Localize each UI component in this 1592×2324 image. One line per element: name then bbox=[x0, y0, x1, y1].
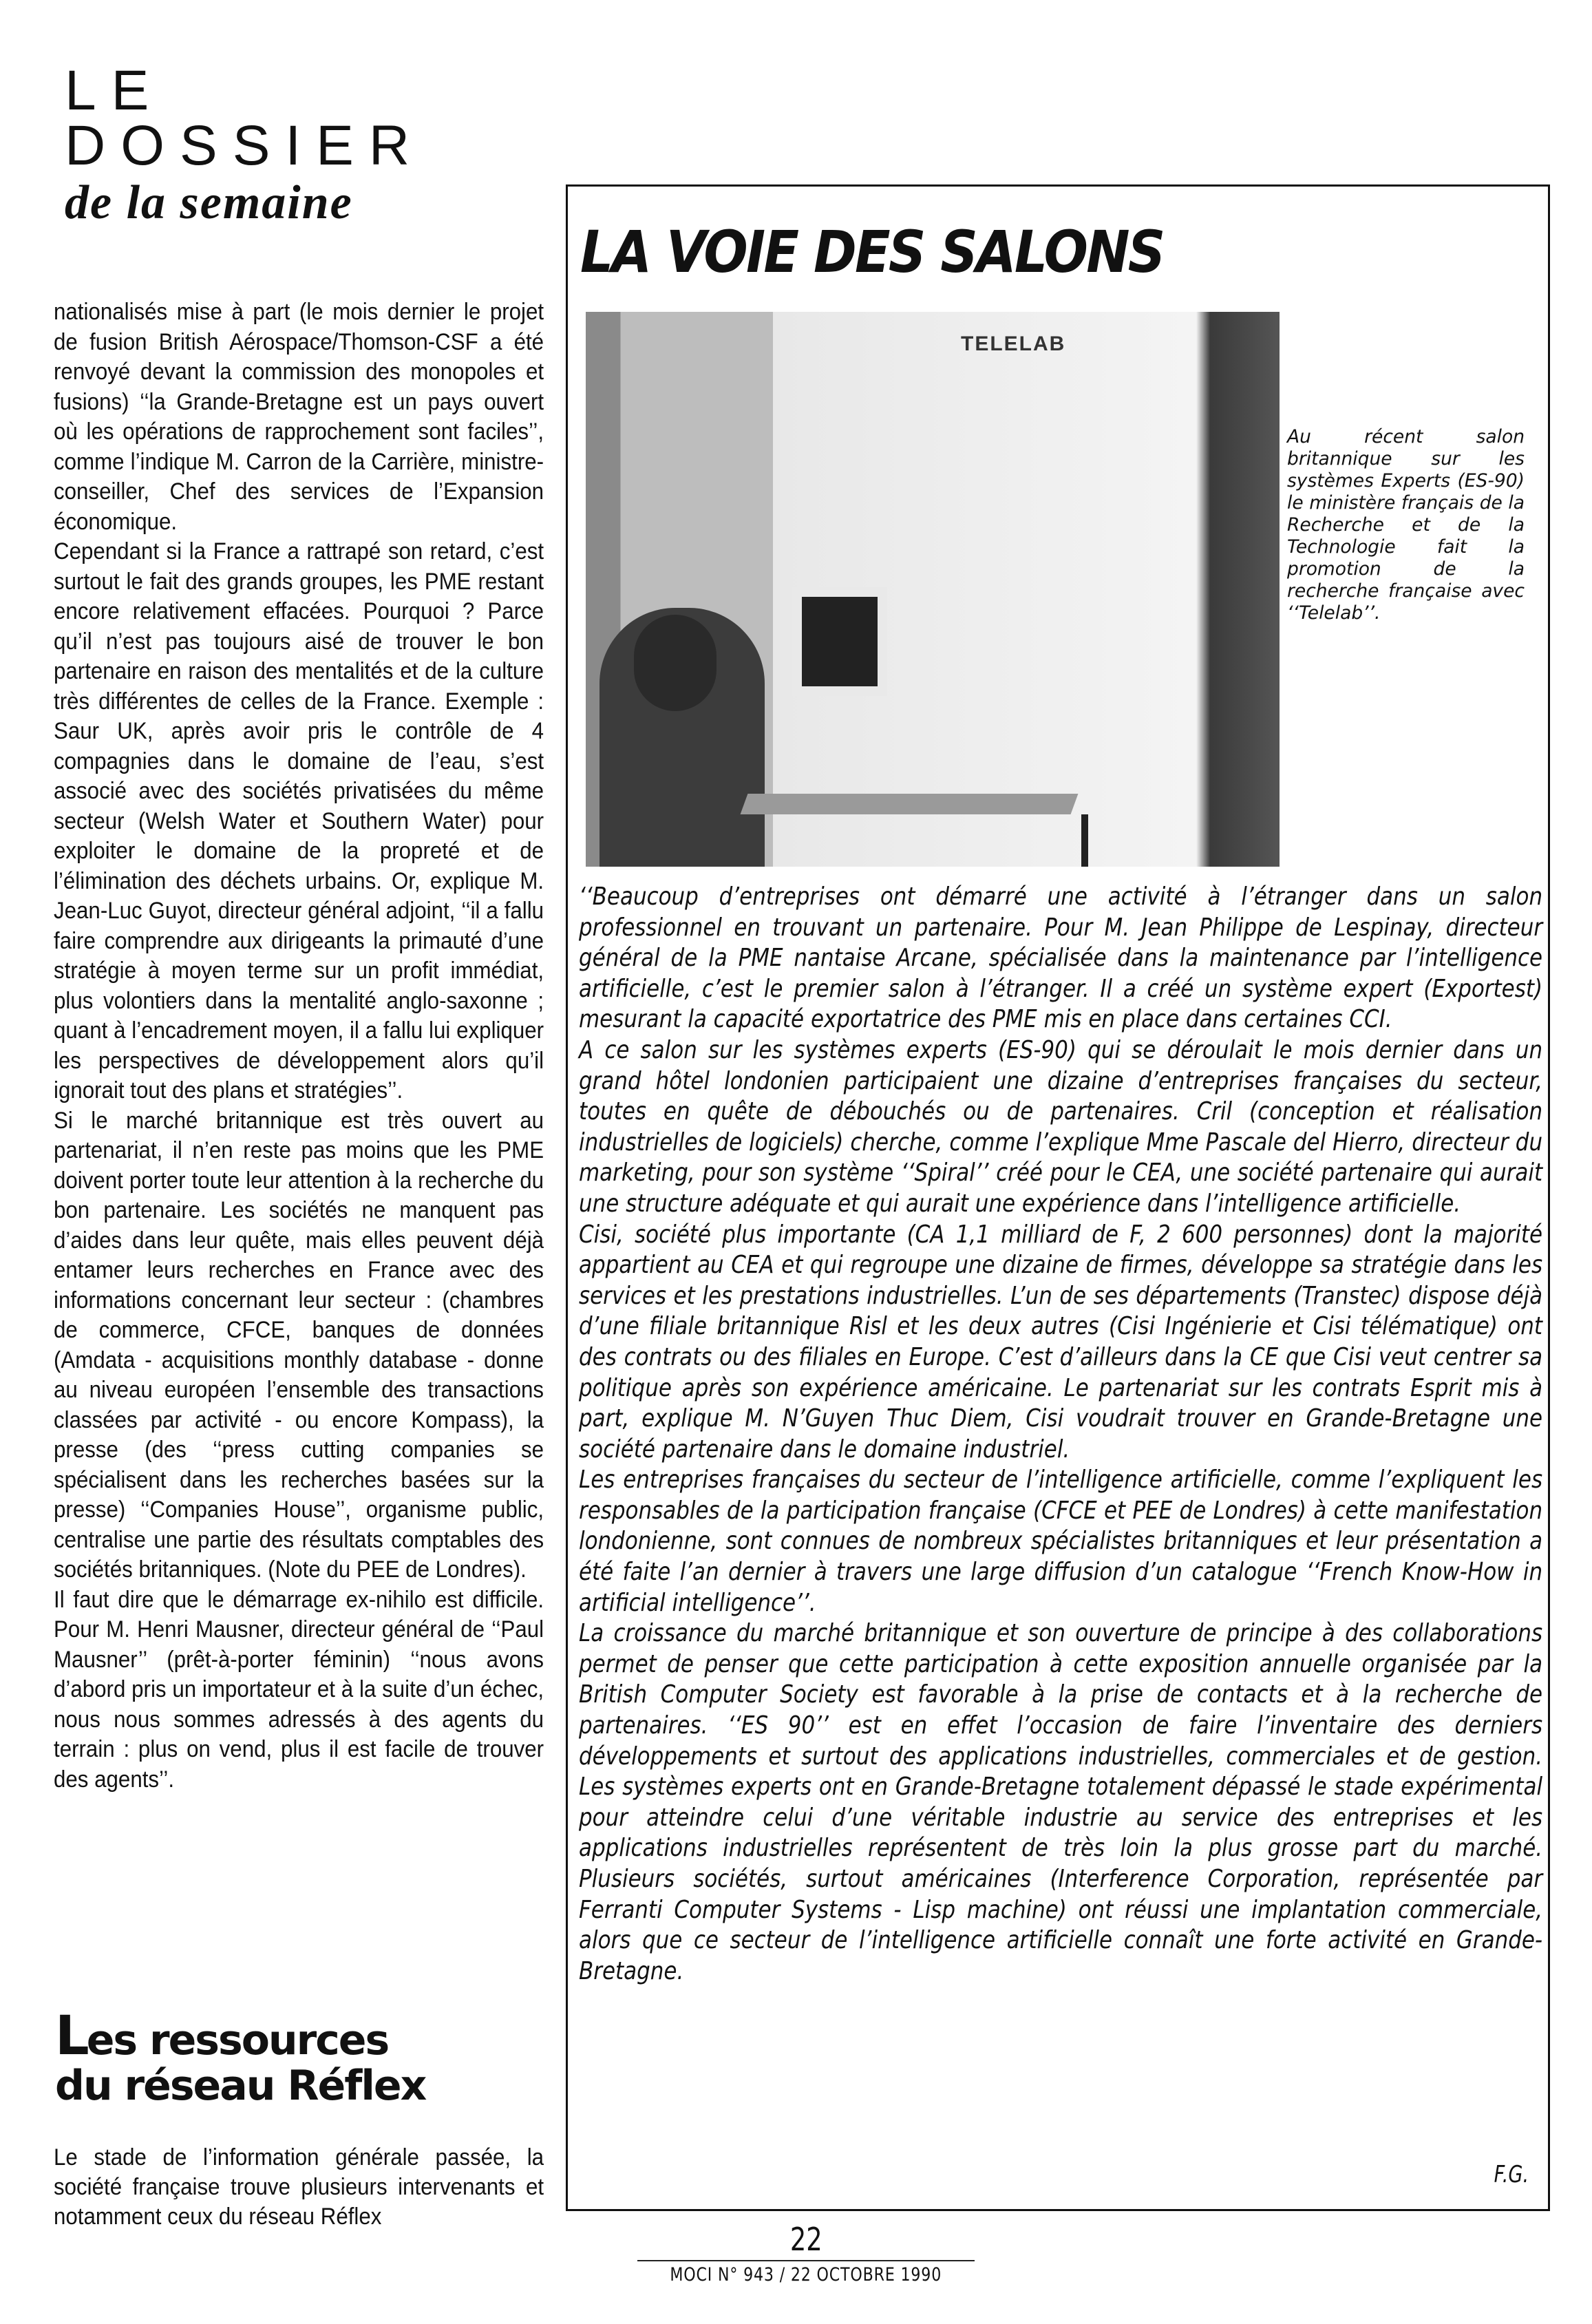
section-heading-ressources-reflex: Les ressources du réseau Réflex bbox=[55, 2014, 551, 2109]
photo-sign-text: TELELAB bbox=[961, 332, 1065, 356]
feature-paragraph: A ce salon sur les systèmes experts (ES-… bbox=[579, 1035, 1542, 1220]
heading-line2: du réseau Réflex bbox=[55, 2062, 425, 2110]
feature-paragraph: ‘‘Beaucoup d’entreprises ont démarré une… bbox=[579, 882, 1542, 1035]
page-footer: 22 MOCI N° 943 / 22 OCTOBRE 1990 bbox=[637, 2220, 975, 2285]
feature-paragraph: Les entreprises françaises du secteur de… bbox=[579, 1465, 1542, 1618]
feature-body: ‘‘Beaucoup d’entreprises ont démarré une… bbox=[579, 882, 1542, 1987]
feature-paragraph: Cisi, société plus importante (CA 1,1 mi… bbox=[579, 1220, 1542, 1466]
page-number: 22 bbox=[790, 2220, 822, 2259]
section-body-text: Le stade de l’information générale passé… bbox=[54, 2143, 544, 2232]
feature-title: LA VOIE DES SALONS bbox=[580, 218, 1164, 286]
masthead-dossier: DOSSIER bbox=[65, 118, 505, 173]
photo-person-head bbox=[634, 615, 717, 711]
heading-drop-initial: L bbox=[55, 2005, 87, 2067]
author-signature: F.G. bbox=[1494, 2161, 1529, 2188]
left-paragraph: Si le marché britannique est très ouvert… bbox=[54, 1106, 544, 1585]
left-paragraph: nationalisés mise à part (le mois dernie… bbox=[54, 297, 544, 537]
masthead: LE DOSSIER de la semaine bbox=[65, 63, 505, 230]
photo-telelab-stand: TELELAB bbox=[586, 312, 1280, 867]
photo-desk bbox=[741, 794, 1079, 814]
photo-caption: Au récent salon britannique sur les syst… bbox=[1287, 426, 1525, 624]
feature-box-la-voie-des-salons: LA VOIE DES SALONS TELELAB Au récent sal… bbox=[566, 184, 1550, 2211]
left-paragraph: Il faut dire que le démarrage ex-nihilo … bbox=[54, 1585, 544, 1795]
heading-line1-rest: es ressources bbox=[87, 2016, 389, 2064]
issue-line: MOCI N° 943 / 22 OCTOBRE 1990 bbox=[670, 2264, 942, 2285]
section-body-ressources-reflex: Le stade de l’information générale passé… bbox=[54, 2143, 544, 2232]
left-column-article: nationalisés mise à part (le mois dernie… bbox=[54, 297, 544, 1795]
photo-computer-monitor bbox=[792, 587, 887, 696]
masthead-le: LE bbox=[65, 63, 505, 118]
photo-desk-leg bbox=[1081, 814, 1088, 867]
masthead-de-la-semaine: de la semaine bbox=[65, 176, 505, 230]
footer-rule bbox=[637, 2260, 975, 2261]
feature-paragraph: La croissance du marché britannique et s… bbox=[579, 1618, 1542, 1987]
section-heading: Les ressources du réseau Réflex bbox=[55, 2014, 551, 2109]
left-paragraph: Cependant si la France a rattrapé son re… bbox=[54, 537, 544, 1106]
